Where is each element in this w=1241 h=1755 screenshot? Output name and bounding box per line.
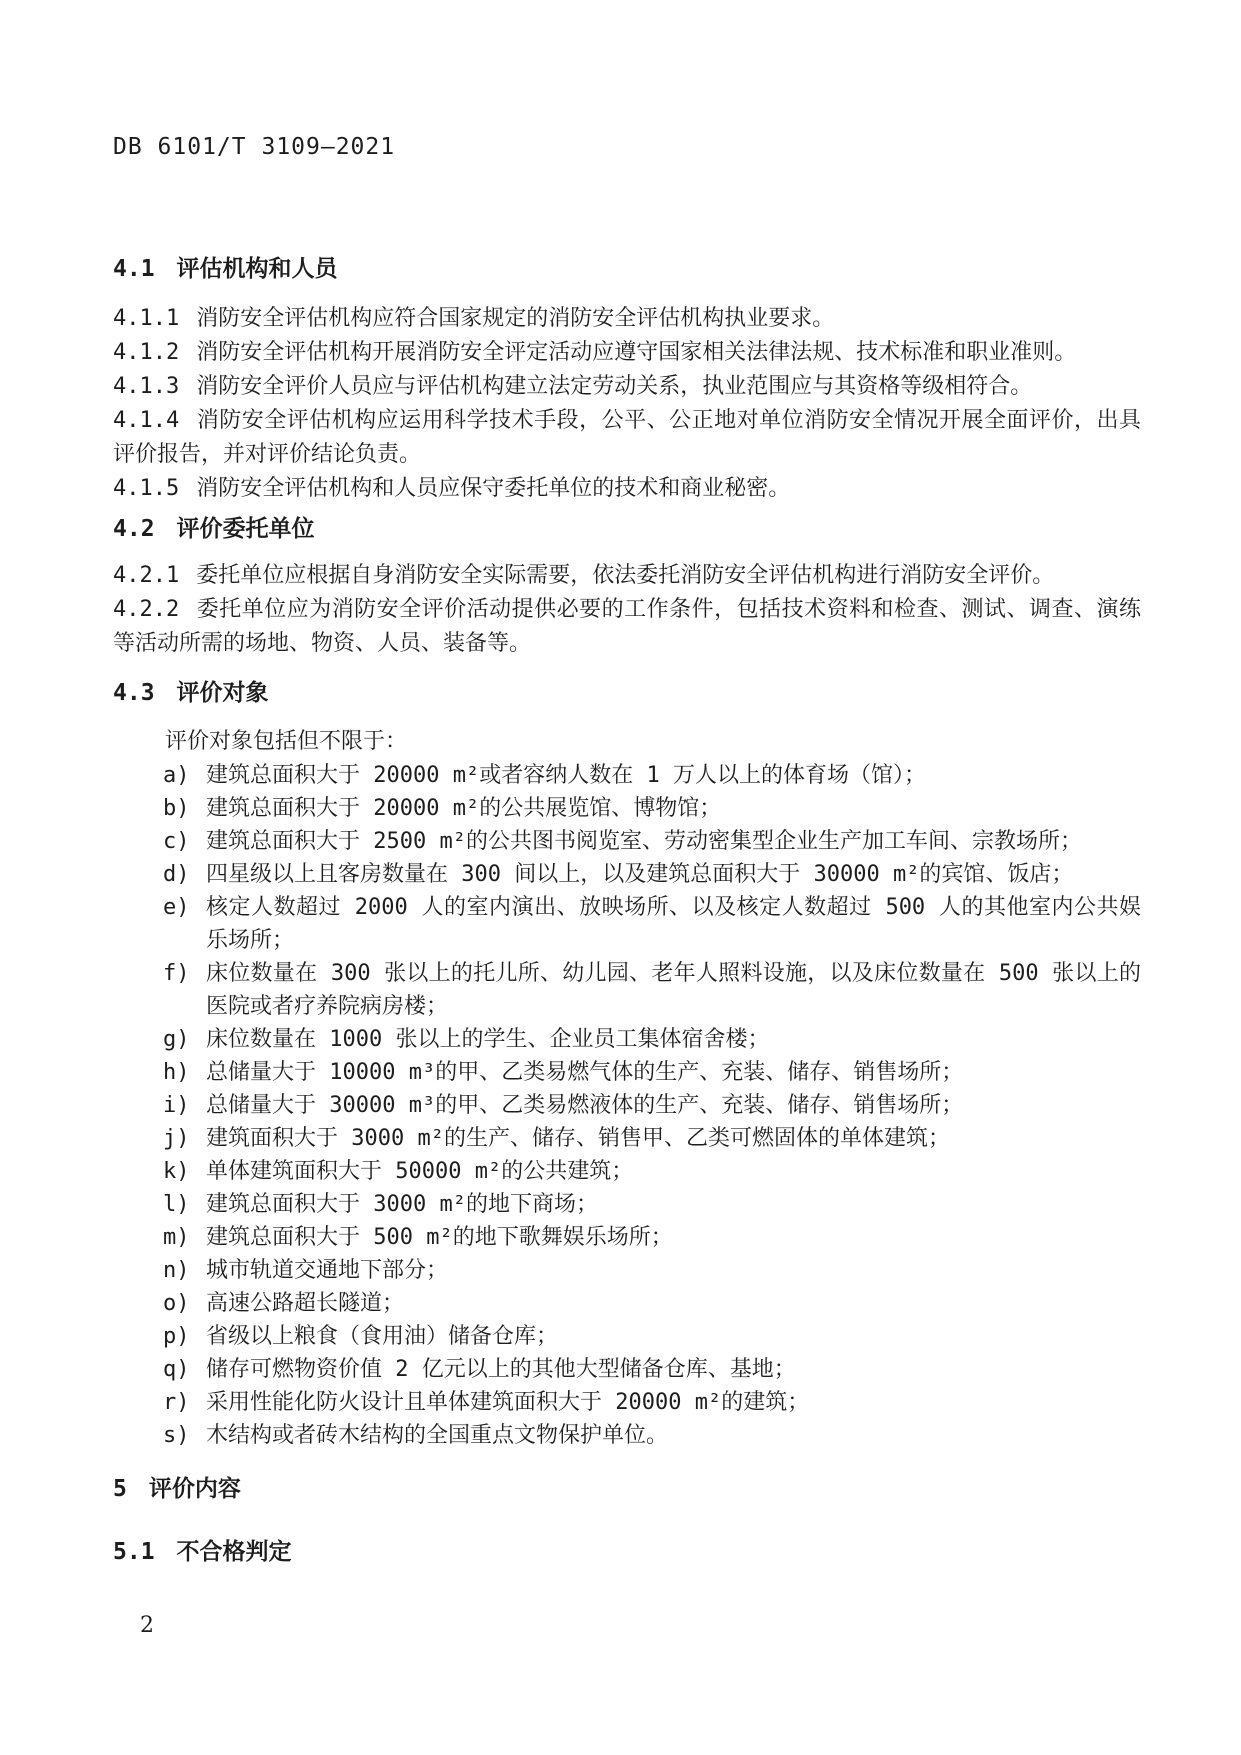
list-item-l: l)建筑总面积大于 3000 m²的地下商场； [113, 1188, 1141, 1221]
clause-number: 4.1.4 [113, 408, 179, 433]
clause-number: 4.1.1 [113, 306, 179, 331]
list-item-n: n)城市轨道交通地下部分； [113, 1254, 1141, 1287]
list-item-text: 核定人数超过 2000 人的室内演出、放映场所、以及核定人数超过 500 人的其… [206, 891, 1141, 957]
list-item-label: b) [163, 792, 206, 825]
list-item-text: 储存可燃物资价值 2 亿元以上的其他大型储备仓库、基地； [206, 1353, 1141, 1386]
list-item-label: j) [163, 1122, 206, 1155]
list-item-label: e) [163, 891, 206, 957]
list-item-text: 建筑面积大于 3000 m²的生产、储存、销售甲、乙类可燃固体的单体建筑； [206, 1122, 1141, 1155]
list-item-d: d)四星级以上且客房数量在 300 间以上，以及建筑总面积大于 30000 m²… [113, 858, 1141, 891]
list-item-text: 建筑总面积大于 20000 m²的公共展览馆、博物馆； [206, 792, 1141, 825]
clause-text: 消防安全评估机构应符合国家规定的消防安全评估机构执业要求。 [196, 306, 834, 331]
list-item-o: o)高速公路超长隧道； [113, 1287, 1141, 1320]
list-item-e: e)核定人数超过 2000 人的室内演出、放映场所、以及核定人数超过 500 人… [113, 891, 1141, 957]
list-item-text: 总储量大于 30000 m³的甲、乙类易燃液体的生产、充装、储存、销售场所； [206, 1089, 1141, 1122]
clause-4-1-1: 4.1.1消防安全评估机构应符合国家规定的消防安全评估机构执业要求。 [113, 302, 1141, 336]
list-item-text: 建筑总面积大于 20000 m²或者容纳人数在 1 万人以上的体育场（馆）； [206, 759, 1141, 792]
list-item-q: q)储存可燃物资价值 2 亿元以上的其他大型储备仓库、基地； [113, 1353, 1141, 1386]
clause-text: 委托单位应为消防安全评价活动提供必要的工作条件，包括技术资料和检查、测试、调查、… [113, 597, 1141, 656]
section-heading-4-1: 4.1 评估机构和人员 [113, 254, 1141, 284]
section-4-2-clauses: 4.2.1委托单位应根据自身消防安全实际需要，依法委托消防安全评估机构进行消防安… [113, 559, 1141, 661]
list-item-text: 单体建筑面积大于 50000 m²的公共建筑； [206, 1155, 1141, 1188]
section-title: 评价内容 [149, 1474, 241, 1504]
list-item-a: a)建筑总面积大于 20000 m²或者容纳人数在 1 万人以上的体育场（馆）； [113, 759, 1141, 792]
list-item-label: n) [163, 1254, 206, 1287]
clause-number: 4.2.1 [113, 563, 179, 588]
section-title: 评价委托单位 [177, 514, 315, 544]
list-item-text: 木结构或者砖木结构的全国重点文物保护单位。 [206, 1419, 1141, 1452]
list-item-text: 床位数量在 300 张以上的托儿所、幼儿园、老年人照料设施，以及床位数量在 50… [206, 957, 1141, 1023]
list-item-text: 床位数量在 1000 张以上的学生、企业员工集体宿舍楼； [206, 1023, 1141, 1056]
clause-4-2-2: 4.2.2委托单位应为消防安全评价活动提供必要的工作条件，包括技术资料和检查、测… [113, 593, 1141, 661]
list-item-text: 高速公路超长隧道； [206, 1287, 1141, 1320]
clause-text: 消防安全评估机构和人员应保守委托单位的技术和商业秘密。 [196, 476, 790, 501]
list-item-label: o) [163, 1287, 206, 1320]
clause-text: 消防安全评价人员应与评估机构建立法定劳动关系，执业范围应与其资格等级相符合。 [196, 374, 1032, 399]
clause-4-1-2: 4.1.2消防安全评估机构开展消防安全评定活动应遵守国家相关法律法规、技术标准和… [113, 336, 1141, 370]
list-item-text: 省级以上粮食（食用油）储备仓库； [206, 1320, 1141, 1353]
clause-number: 4.1.3 [113, 374, 179, 399]
clause-4-1-5: 4.1.5消防安全评估机构和人员应保守委托单位的技术和商业秘密。 [113, 472, 1141, 506]
list-item-m: m)建筑总面积大于 500 m²的地下歌舞娱乐场所； [113, 1221, 1141, 1254]
section-heading-4-2: 4.2 评价委托单位 [113, 514, 1141, 544]
list-item-label: s) [163, 1419, 206, 1452]
list-intro: 评价对象包括但不限于： [165, 725, 1141, 759]
clause-4-2-1: 4.2.1委托单位应根据自身消防安全实际需要，依法委托消防安全评估机构进行消防安… [113, 559, 1141, 593]
list-item-label: f) [163, 957, 206, 1023]
section-number: 5.1 [113, 1537, 155, 1567]
list-item-p: p)省级以上粮食（食用油）储备仓库； [113, 1320, 1141, 1353]
list-item-text: 建筑总面积大于 500 m²的地下歌舞娱乐场所； [206, 1221, 1141, 1254]
list-item-label: m) [163, 1221, 206, 1254]
clause-number: 4.1.2 [113, 340, 179, 365]
clause-text: 消防安全评估机构应运用科学技术手段，公平、公正地对单位消防安全情况开展全面评价，… [113, 408, 1141, 467]
section-title: 不合格判定 [177, 1537, 292, 1567]
clause-4-1-4: 4.1.4消防安全评估机构应运用科学技术手段，公平、公正地对单位消防安全情况开展… [113, 404, 1141, 472]
list-item-b: b)建筑总面积大于 20000 m²的公共展览馆、博物馆； [113, 792, 1141, 825]
clause-number: 4.2.2 [113, 597, 179, 622]
section-number: 4.2 [113, 514, 155, 544]
clause-text: 委托单位应根据自身消防安全实际需要，依法委托消防安全评估机构进行消防安全评价。 [196, 563, 1054, 588]
page-number: 2 [140, 1613, 154, 1638]
section-4-1-clauses: 4.1.1消防安全评估机构应符合国家规定的消防安全评估机构执业要求。 4.1.2… [113, 302, 1141, 506]
list-item-text: 总储量大于 10000 m³的甲、乙类易燃气体的生产、充装、储存、销售场所； [206, 1056, 1141, 1089]
clause-number: 4.1.5 [113, 476, 179, 501]
page-footer: 2 [140, 1613, 1141, 1639]
list-item-text: 建筑总面积大于 2500 m²的公共图书阅览室、劳动密集型企业生产加工车间、宗教… [206, 825, 1141, 858]
list-item-j: j)建筑面积大于 3000 m²的生产、储存、销售甲、乙类可燃固体的单体建筑； [113, 1122, 1141, 1155]
section-title: 评估机构和人员 [177, 254, 338, 284]
page-content: DB 6101/T 3109—2021 4.1 评估机构和人员 4.1.1消防安… [0, 0, 1241, 1639]
list-item-h: h)总储量大于 10000 m³的甲、乙类易燃气体的生产、充装、储存、销售场所； [113, 1056, 1141, 1089]
list-item-label: h) [163, 1056, 206, 1089]
list-item-text: 采用性能化防火设计且单体建筑面积大于 20000 m²的建筑； [206, 1386, 1141, 1419]
list-item-label: q) [163, 1353, 206, 1386]
list-item-label: i) [163, 1089, 206, 1122]
section-heading-5-1: 5.1 不合格判定 [113, 1537, 1141, 1567]
list-item-label: c) [163, 825, 206, 858]
clause-4-1-3: 4.1.3消防安全评价人员应与评估机构建立法定劳动关系，执业范围应与其资格等级相… [113, 370, 1141, 404]
list-item-k: k)单体建筑面积大于 50000 m²的公共建筑； [113, 1155, 1141, 1188]
list-item-r: r)采用性能化防火设计且单体建筑面积大于 20000 m²的建筑； [113, 1386, 1141, 1419]
section-number: 4.1 [113, 254, 155, 284]
list-item-f: f)床位数量在 300 张以上的托儿所、幼儿园、老年人照料设施，以及床位数量在 … [113, 957, 1141, 1023]
list-item-c: c)建筑总面积大于 2500 m²的公共图书阅览室、劳动密集型企业生产加工车间、… [113, 825, 1141, 858]
list-item-label: g) [163, 1023, 206, 1056]
list-item-label: k) [163, 1155, 206, 1188]
list-item-label: p) [163, 1320, 206, 1353]
list-item-i: i)总储量大于 30000 m³的甲、乙类易燃液体的生产、充装、储存、销售场所； [113, 1089, 1141, 1122]
clause-text: 消防安全评估机构开展消防安全评定活动应遵守国家相关法律法规、技术标准和职业准则。 [196, 340, 1076, 365]
list-item-text: 建筑总面积大于 3000 m²的地下商场； [206, 1188, 1141, 1221]
list-item-s: s)木结构或者砖木结构的全国重点文物保护单位。 [113, 1419, 1141, 1452]
list-item-label: r) [163, 1386, 206, 1419]
list-item-text: 城市轨道交通地下部分； [206, 1254, 1141, 1287]
evaluation-object-list: a)建筑总面积大于 20000 m²或者容纳人数在 1 万人以上的体育场（馆）；… [113, 759, 1141, 1452]
section-title: 评价对象 [177, 678, 269, 708]
document-page: DB 6101/T 3109—2021 4.1 评估机构和人员 4.1.1消防安… [0, 0, 1241, 1755]
list-item-label: d) [163, 858, 206, 891]
list-item-label: l) [163, 1188, 206, 1221]
section-heading-4-3: 4.3 评价对象 [113, 678, 1141, 708]
list-item-g: g)床位数量在 1000 张以上的学生、企业员工集体宿舍楼； [113, 1023, 1141, 1056]
list-item-text: 四星级以上且客房数量在 300 间以上，以及建筑总面积大于 30000 m²的宾… [206, 858, 1141, 891]
section-number: 4.3 [113, 678, 155, 708]
section-heading-5: 5 评价内容 [113, 1474, 1141, 1504]
doc-number: DB 6101/T 3109—2021 [113, 134, 1141, 160]
section-number: 5 [113, 1474, 127, 1504]
list-item-label: a) [163, 759, 206, 792]
